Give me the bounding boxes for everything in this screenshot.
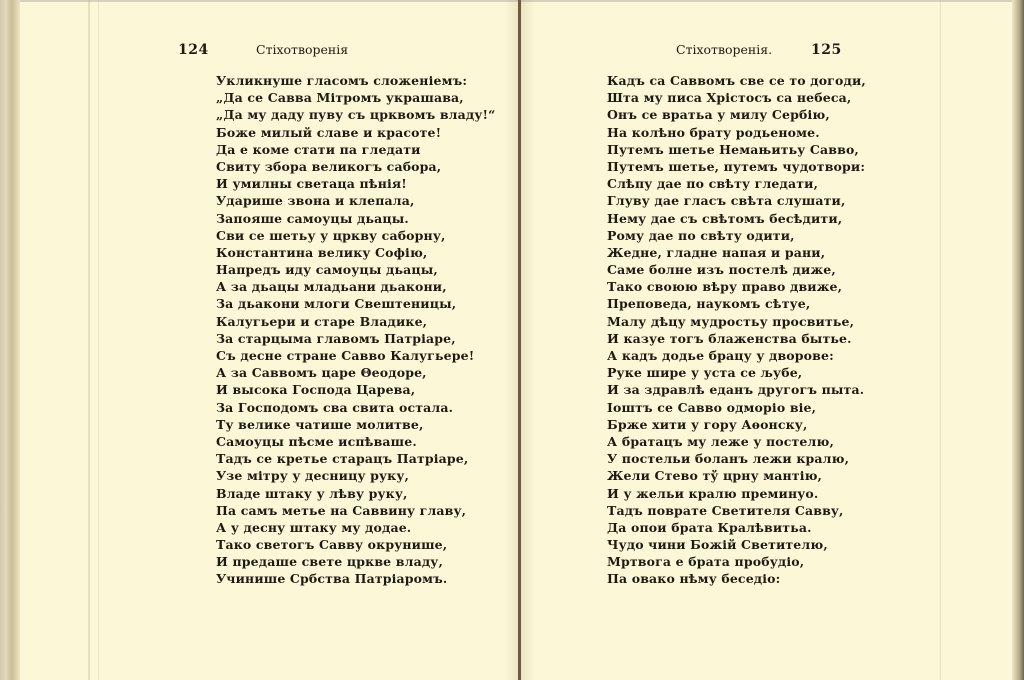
verse-line: Укликнуше гласомъ сложеніемъ: — [216, 72, 496, 89]
verse-line: Путемъ шетье, путемъ чудотвори: — [607, 158, 866, 175]
verse-line: Жели Стево тў црну мантію, — [607, 467, 866, 484]
verse-line: Съ десне стране Савво Калугьере! — [216, 347, 496, 364]
verse-line: А за Саввомъ царе Θеодоре, — [216, 364, 496, 381]
verse-line: Кадъ са Саввомъ све се то догоди, — [607, 72, 866, 89]
verse-line: Сви се шетьу у цркву саборну, — [216, 227, 496, 244]
verse-line: Руке шире у уста се љубе, — [607, 364, 866, 381]
running-head: Стіхотворенія. — [676, 42, 772, 57]
verse-line: Слѣпу дае по свѣту гледати, — [607, 175, 866, 192]
verse-line: Шта му писа Хрістосъ са небеса, — [607, 89, 866, 106]
verse-line: И казуе тогъ блаженства бытье. — [607, 330, 866, 347]
verse-line: Па овако нѣму беседіо: — [607, 570, 866, 587]
verse-line: Брже хити у гору Аѳонску, — [607, 416, 866, 433]
verse-line: Мртвога е брата пробудіо, — [607, 553, 866, 570]
verse-line: На колѣно брату родьеноме. — [607, 124, 866, 141]
verse-line: Жедне, гладне напая и рани, — [607, 244, 866, 261]
verse-line: Напредъ иду самоуцы дьацы, — [216, 261, 496, 278]
verse-block: Укликнуше гласомъ сложеніемъ: „Да се Сав… — [216, 72, 496, 588]
verse-line: Константина велику Софію, — [216, 244, 496, 261]
verse-line: Учинише Србства Патріаромъ. — [216, 570, 496, 587]
verse-line: Ударише звона и клепала, — [216, 192, 496, 209]
verse-line: Нему дае съ свѣтомъ бесѣдити, — [607, 210, 866, 227]
verse-line: А за дьацы младьани дьакони, — [216, 278, 496, 295]
verse-line: Ту велике чатише молитве, — [216, 416, 496, 433]
page-number: 124 — [178, 42, 209, 58]
verse-line: Тадъ поврате Светителя Савву, — [607, 502, 866, 519]
verse-line: Онъ се вратьа у милу Сербію, — [607, 106, 866, 123]
verse-line: Боже милый славе и красоте! — [216, 124, 496, 141]
verse-line: „Да му даду пуву съ црквомъ владу!“ — [216, 106, 496, 123]
right-page-edge — [1012, 0, 1024, 680]
verse-line: Да е коме стати па гледати — [216, 141, 496, 158]
verse-line: У постельи боланъ лежи кралю, — [607, 450, 866, 467]
verse-line: Владе штаку у лѣву руку, — [216, 485, 496, 502]
verse-line: Да опои брата Кралѣвитьа. — [607, 519, 866, 536]
verse-line: За дьакони млоги Свештеницы, — [216, 295, 496, 312]
verse-line: Самоуцы пѣсме испѣваше. — [216, 433, 496, 450]
verse-line: И высока Господа Царева, — [216, 381, 496, 398]
verse-line: Саме болне изъ постелѣ диже, — [607, 261, 866, 278]
verse-line: Іоштъ се Савво одморіо віе, — [607, 399, 866, 416]
verse-line: Свиту збора великогъ сабора, — [216, 158, 496, 175]
verse-line: И умилны светаца пѣнія! — [216, 175, 496, 192]
verse-line: Рому дае по свѣту одити, — [607, 227, 866, 244]
book-spread: 124 Стіхотворенія Укликнуше гласомъ слож… — [0, 0, 1024, 680]
verse-line: Тако своюю вѣру право движе, — [607, 278, 866, 295]
verse-line: А братацъ му леже у постелю, — [607, 433, 866, 450]
verse-line: Малу дѣцу мудростьу просвитье, — [607, 313, 866, 330]
verse-line: Преповеда, наукомъ сѣтуе, — [607, 295, 866, 312]
page-number: 125 — [811, 42, 842, 58]
running-head: Стіхотворенія — [256, 42, 348, 57]
verse-line: И у жельи кралю преминуо. — [607, 485, 866, 502]
verse-line: „Да се Савва Мітромъ украшава, — [216, 89, 496, 106]
right-page: Стіхотворенія. 125 Кадъ са Саввомъ све с… — [521, 0, 1012, 680]
verse-line: Па самъ метье на Саввину главу, — [216, 502, 496, 519]
verse-line: Тадъ се кретье старацъ Патріаре, — [216, 450, 496, 467]
verse-line: Запояше самоуцы дьацы. — [216, 210, 496, 227]
verse-line: Путемъ шетье Немањитьу Савво, — [607, 141, 866, 158]
verse-line: За старцыма главомъ Патріаре, — [216, 330, 496, 347]
left-page: 124 Стіхотворенія Укликнуше гласомъ слож… — [20, 0, 518, 680]
verse-line: А кадъ додье брацу у дворове: — [607, 347, 866, 364]
verse-line: А у десну штаку му додае. — [216, 519, 496, 536]
verse-line: Глуву дае гласъ свѣта слушати, — [607, 192, 866, 209]
verse-line: Тако светогъ Савву окрунише, — [216, 536, 496, 553]
verse-line: За Господомъ сва свита остала. — [216, 399, 496, 416]
verse-line: Узе мітру у десницу руку, — [216, 467, 496, 484]
verse-line: И за здравлѣ еданъ другогъ пыта. — [607, 381, 866, 398]
left-page-edge — [0, 0, 20, 680]
verse-line: Чудо чини Божій Светителю, — [607, 536, 866, 553]
verse-line: Калугьери и старе Владике, — [216, 313, 496, 330]
verse-line: И предаше свете цркве владу, — [216, 553, 496, 570]
verse-block: Кадъ са Саввомъ све се то догоди, Шта му… — [607, 72, 866, 588]
